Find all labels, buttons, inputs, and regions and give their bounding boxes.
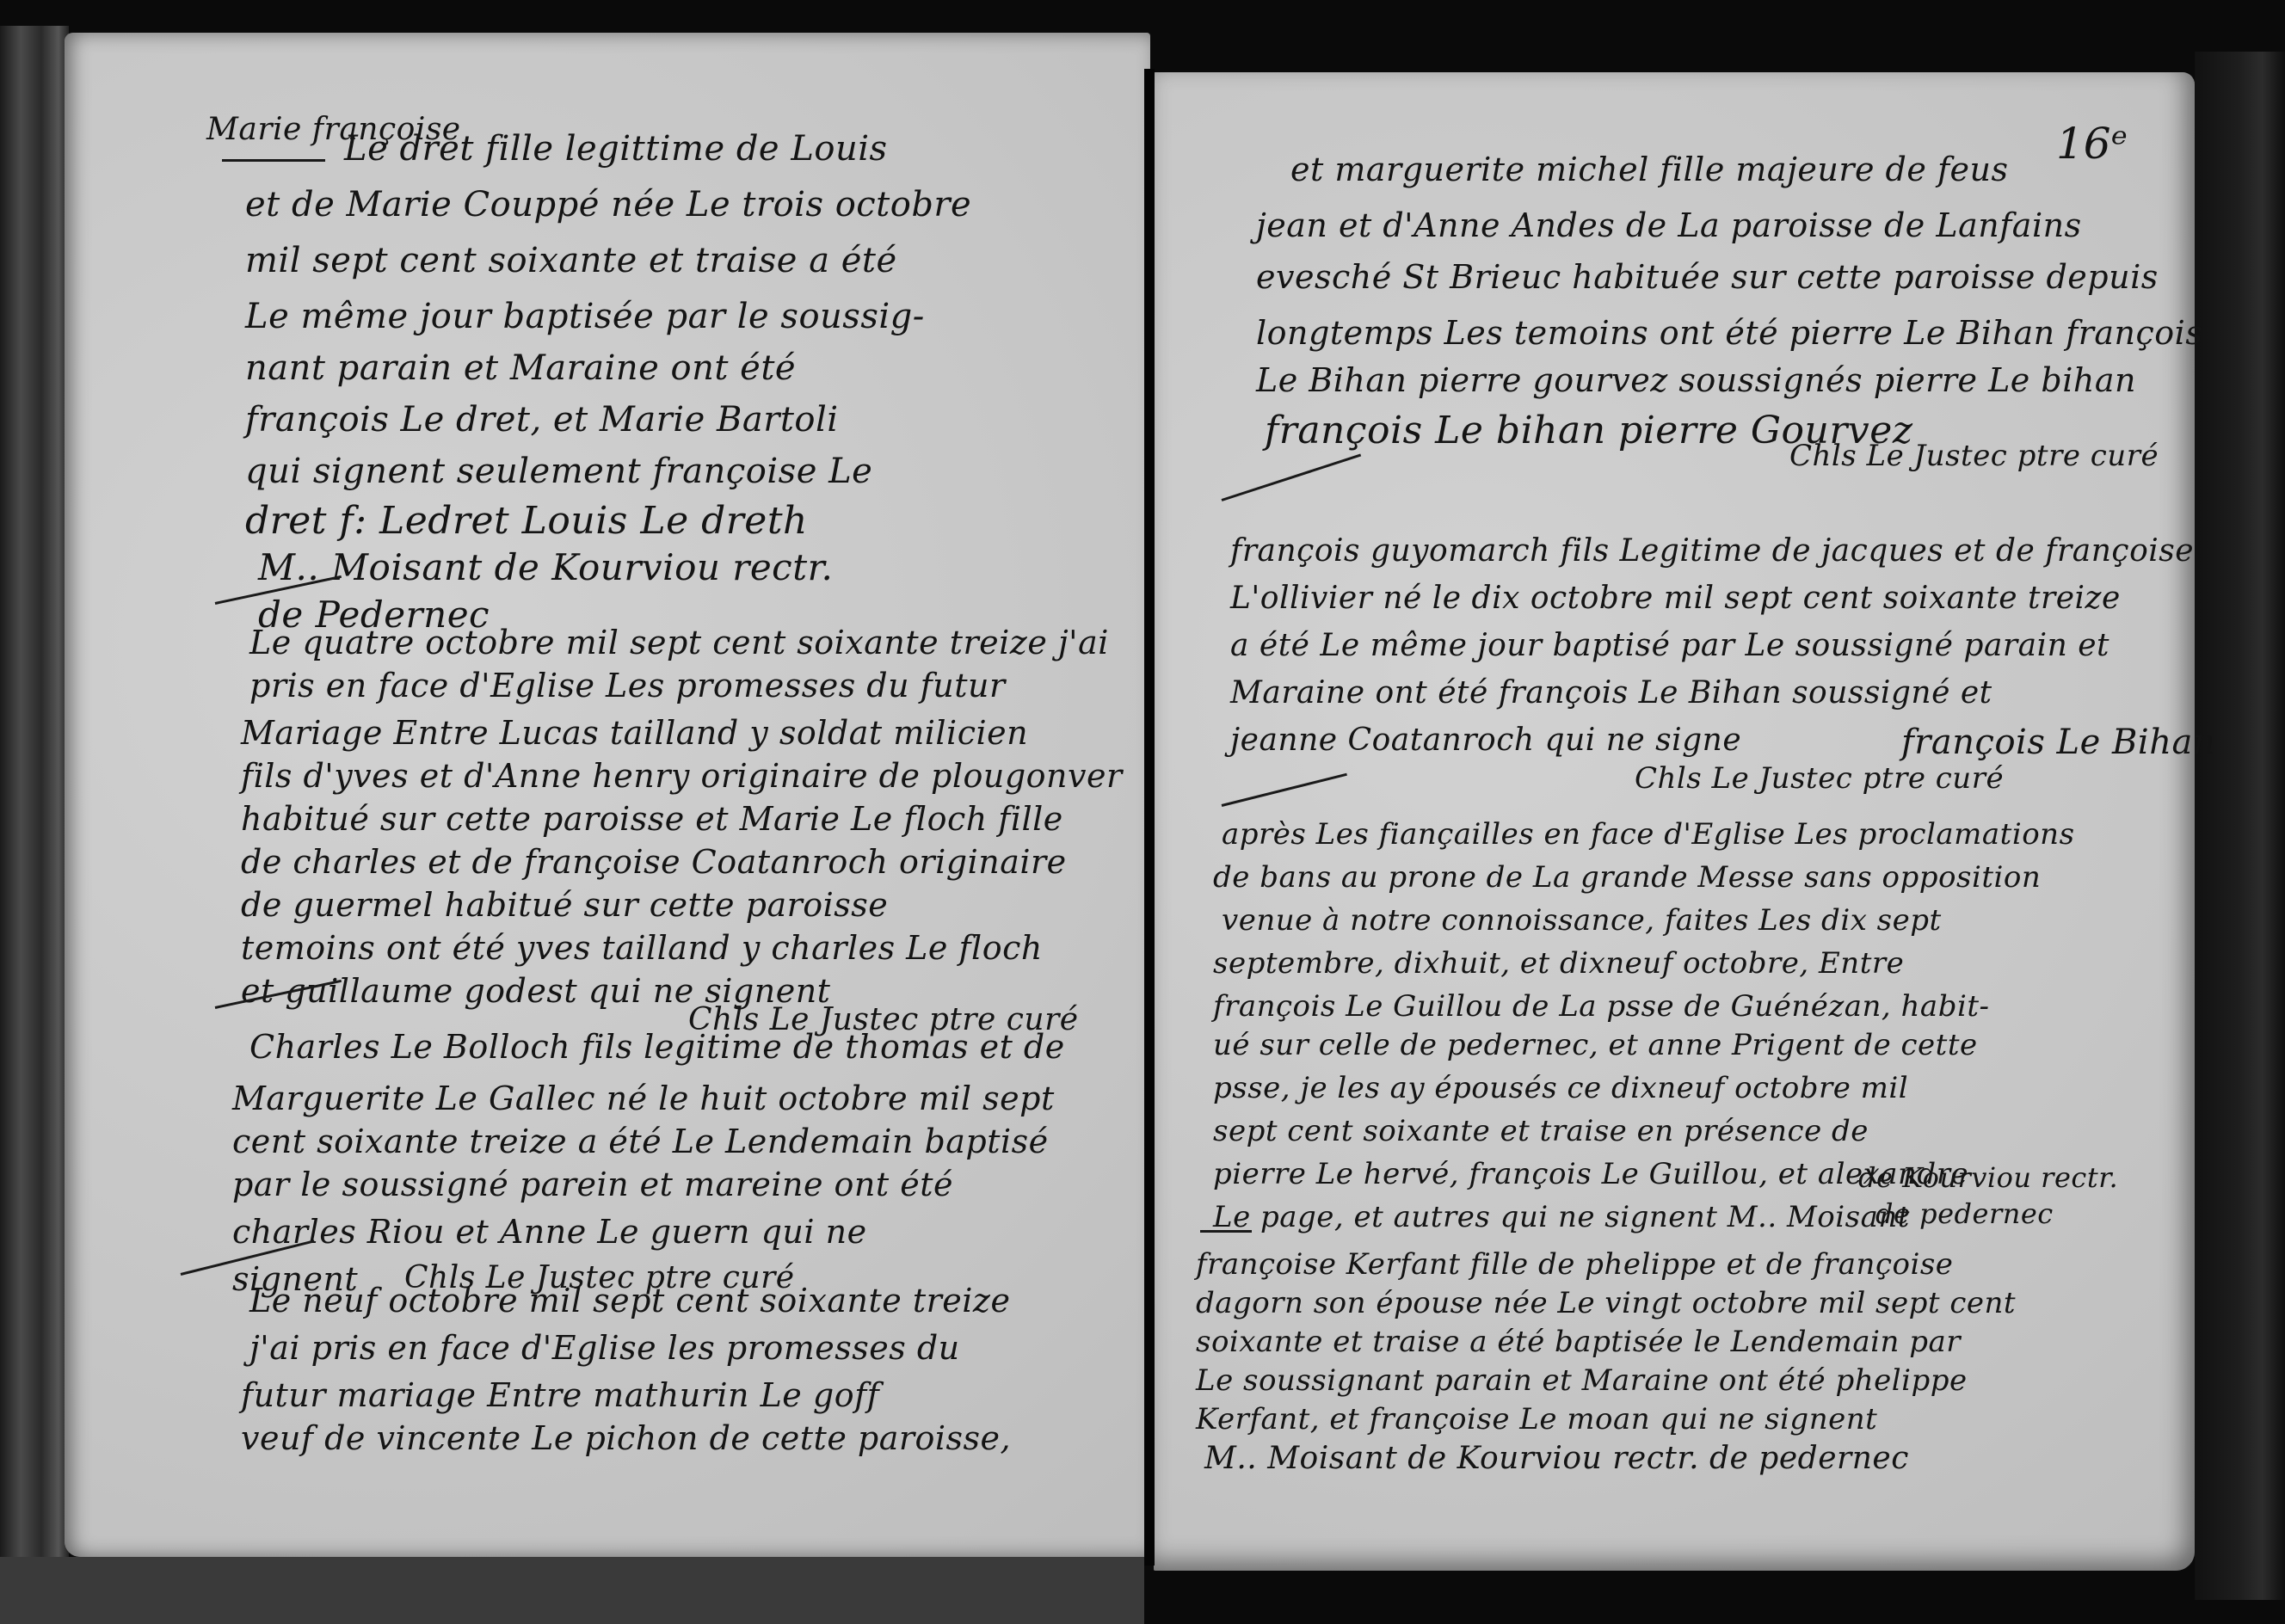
entry-line: et marguerite michel fille majeure de fe… [1290,151,2008,188]
entry-line: habitué sur cette paroisse et Marie Le f… [241,800,1063,838]
entry-line: psse, je les ay épousés ce dixneuf octob… [1213,1071,1908,1105]
entry-line: ué sur celle de pedernec, et anne Prigen… [1213,1028,1978,1062]
entry-line: Le Bihan pierre gourvez soussignés pierr… [1256,361,2136,399]
entry-line: de guermel habitué sur cette paroisse [241,886,888,924]
entry-line: françois guyomarch fils Legitime de jacq… [1230,533,2194,569]
entry-line: françois Le Guillou de La psse de Guénéz… [1213,989,1990,1024]
rector-signature: M.. Moisant de Kourviou rectr. de pedern… [1204,1441,1909,1476]
entry-line: françois Le dret, et Marie Bartoli [245,400,839,440]
entry-line: futur mariage Entre mathurin Le goff [241,1376,879,1414]
entry-line: Le dret fille legittime de Louis [344,129,888,169]
entry-line: septembre, dixhuit, et dixneuf octobre, … [1213,946,1904,981]
entry-line: par le soussigné parein et mareine ont é… [232,1166,953,1203]
entry-line: Marguerite Le Gallec né le huit octobre … [232,1080,1055,1117]
entry-line: Le neuf octobre mil sept cent soixante t… [249,1282,1010,1319]
book-gutter [1144,69,1155,1566]
entry-line: veuf de vincente Le pichon de cette paro… [241,1419,1011,1457]
entry-line: Kerfant, et françoise Le moan qui ne sig… [1196,1402,1877,1436]
entry-line: venue à notre connoissance, faites Les d… [1222,903,1942,938]
curate-signature: Chls Le Justec ptre curé [1789,439,2159,473]
entry-line: françoise Kerfant fille de phelippe et d… [1196,1247,1953,1282]
godparent-signature: françois Le Bihan [1901,723,2215,762]
entry-line: j'ai pris en face d'Eglise les promesses… [249,1329,960,1367]
entry-line: soixante et traise a été baptisée le Len… [1196,1325,1961,1359]
folio-number: 16ᵉ [2056,119,2128,169]
entry-line: après Les fiançailles en face d'Eglise L… [1222,817,2075,852]
entry-line: nant parain et Maraine ont été [245,348,796,388]
entry-line: longtemps Les temoins ont été pierre Le … [1256,314,2202,352]
book-binding-right [2195,52,2285,1600]
entry-line: jeanne Coatanroch qui ne signe [1230,723,1741,758]
entry-line: de charles et de françoise Coatanroch or… [241,843,1067,881]
entry-line: Le même jour baptisée par le soussig- [245,297,925,336]
entry-line: Le quatre octobre mil sept cent soixante… [249,624,1109,661]
rector-signature: de Kourviou rectr. [1858,1161,2118,1194]
entry-line: charles Riou et Anne Le guern qui ne [232,1213,867,1251]
entry-line: Le soussignant parain et Maraine ont été… [1196,1363,1968,1398]
rector-signature: M.. Moisant de Kourviou rectr. [258,546,833,588]
entry-line: fils d'yves et d'Anne henry originaire d… [241,757,1123,795]
entry-line: de bans au prone de La grande Messe sans… [1213,860,2041,895]
entry-separator [1200,1230,1252,1233]
curate-signature: Chls Le Justec ptre curé [1635,761,2004,796]
entry-line: pris en face d'Eglise Les promesses du f… [249,667,1006,704]
entry-line: pierre Le hervé, françois Le Guillou, et… [1213,1157,1968,1191]
entry-line: a été Le même jour baptisé par Le soussi… [1230,628,2109,663]
signatures: dret f: Ledret Louis Le dreth [245,499,808,543]
entry-line: Mariage Entre Lucas tailland y soldat mi… [241,714,1028,752]
entry-line: dagorn son épouse née Le vingt octobre m… [1196,1286,2016,1320]
entry-line: sept cent soixante et traise en présence… [1213,1114,1869,1148]
entry-line: jean et d'Anne Andes de La paroisse de L… [1256,206,2082,244]
entry-line: L'ollivier né le dix octobre mil sept ce… [1230,581,2121,616]
rector-parish: de pedernec [1875,1197,2054,1230]
entry-line: qui signent seulement françoise Le [245,452,872,491]
entry-line: Maraine ont été françois Le Bihan soussi… [1230,675,1992,710]
entry-line: temoins ont été yves tailland y charles … [241,929,1043,967]
entry-line: evesché St Brieuc habituée sur cette par… [1256,258,2159,296]
book-binding-left [0,26,69,1566]
entry-line: mil sept cent soixante et traise a été [245,241,897,280]
entry-line: Charles Le Bolloch fils legitime de thom… [249,1028,1065,1066]
underline-flourish [222,159,325,162]
entry-line: Le page, et autres qui ne signent M.. Mo… [1213,1200,1910,1234]
entry-line: et de Marie Couppé née Le trois octobre [245,185,971,225]
book-edge-shadow [0,1557,1144,1624]
entry-line: cent soixante treize a été Le Lendemain … [232,1123,1049,1160]
